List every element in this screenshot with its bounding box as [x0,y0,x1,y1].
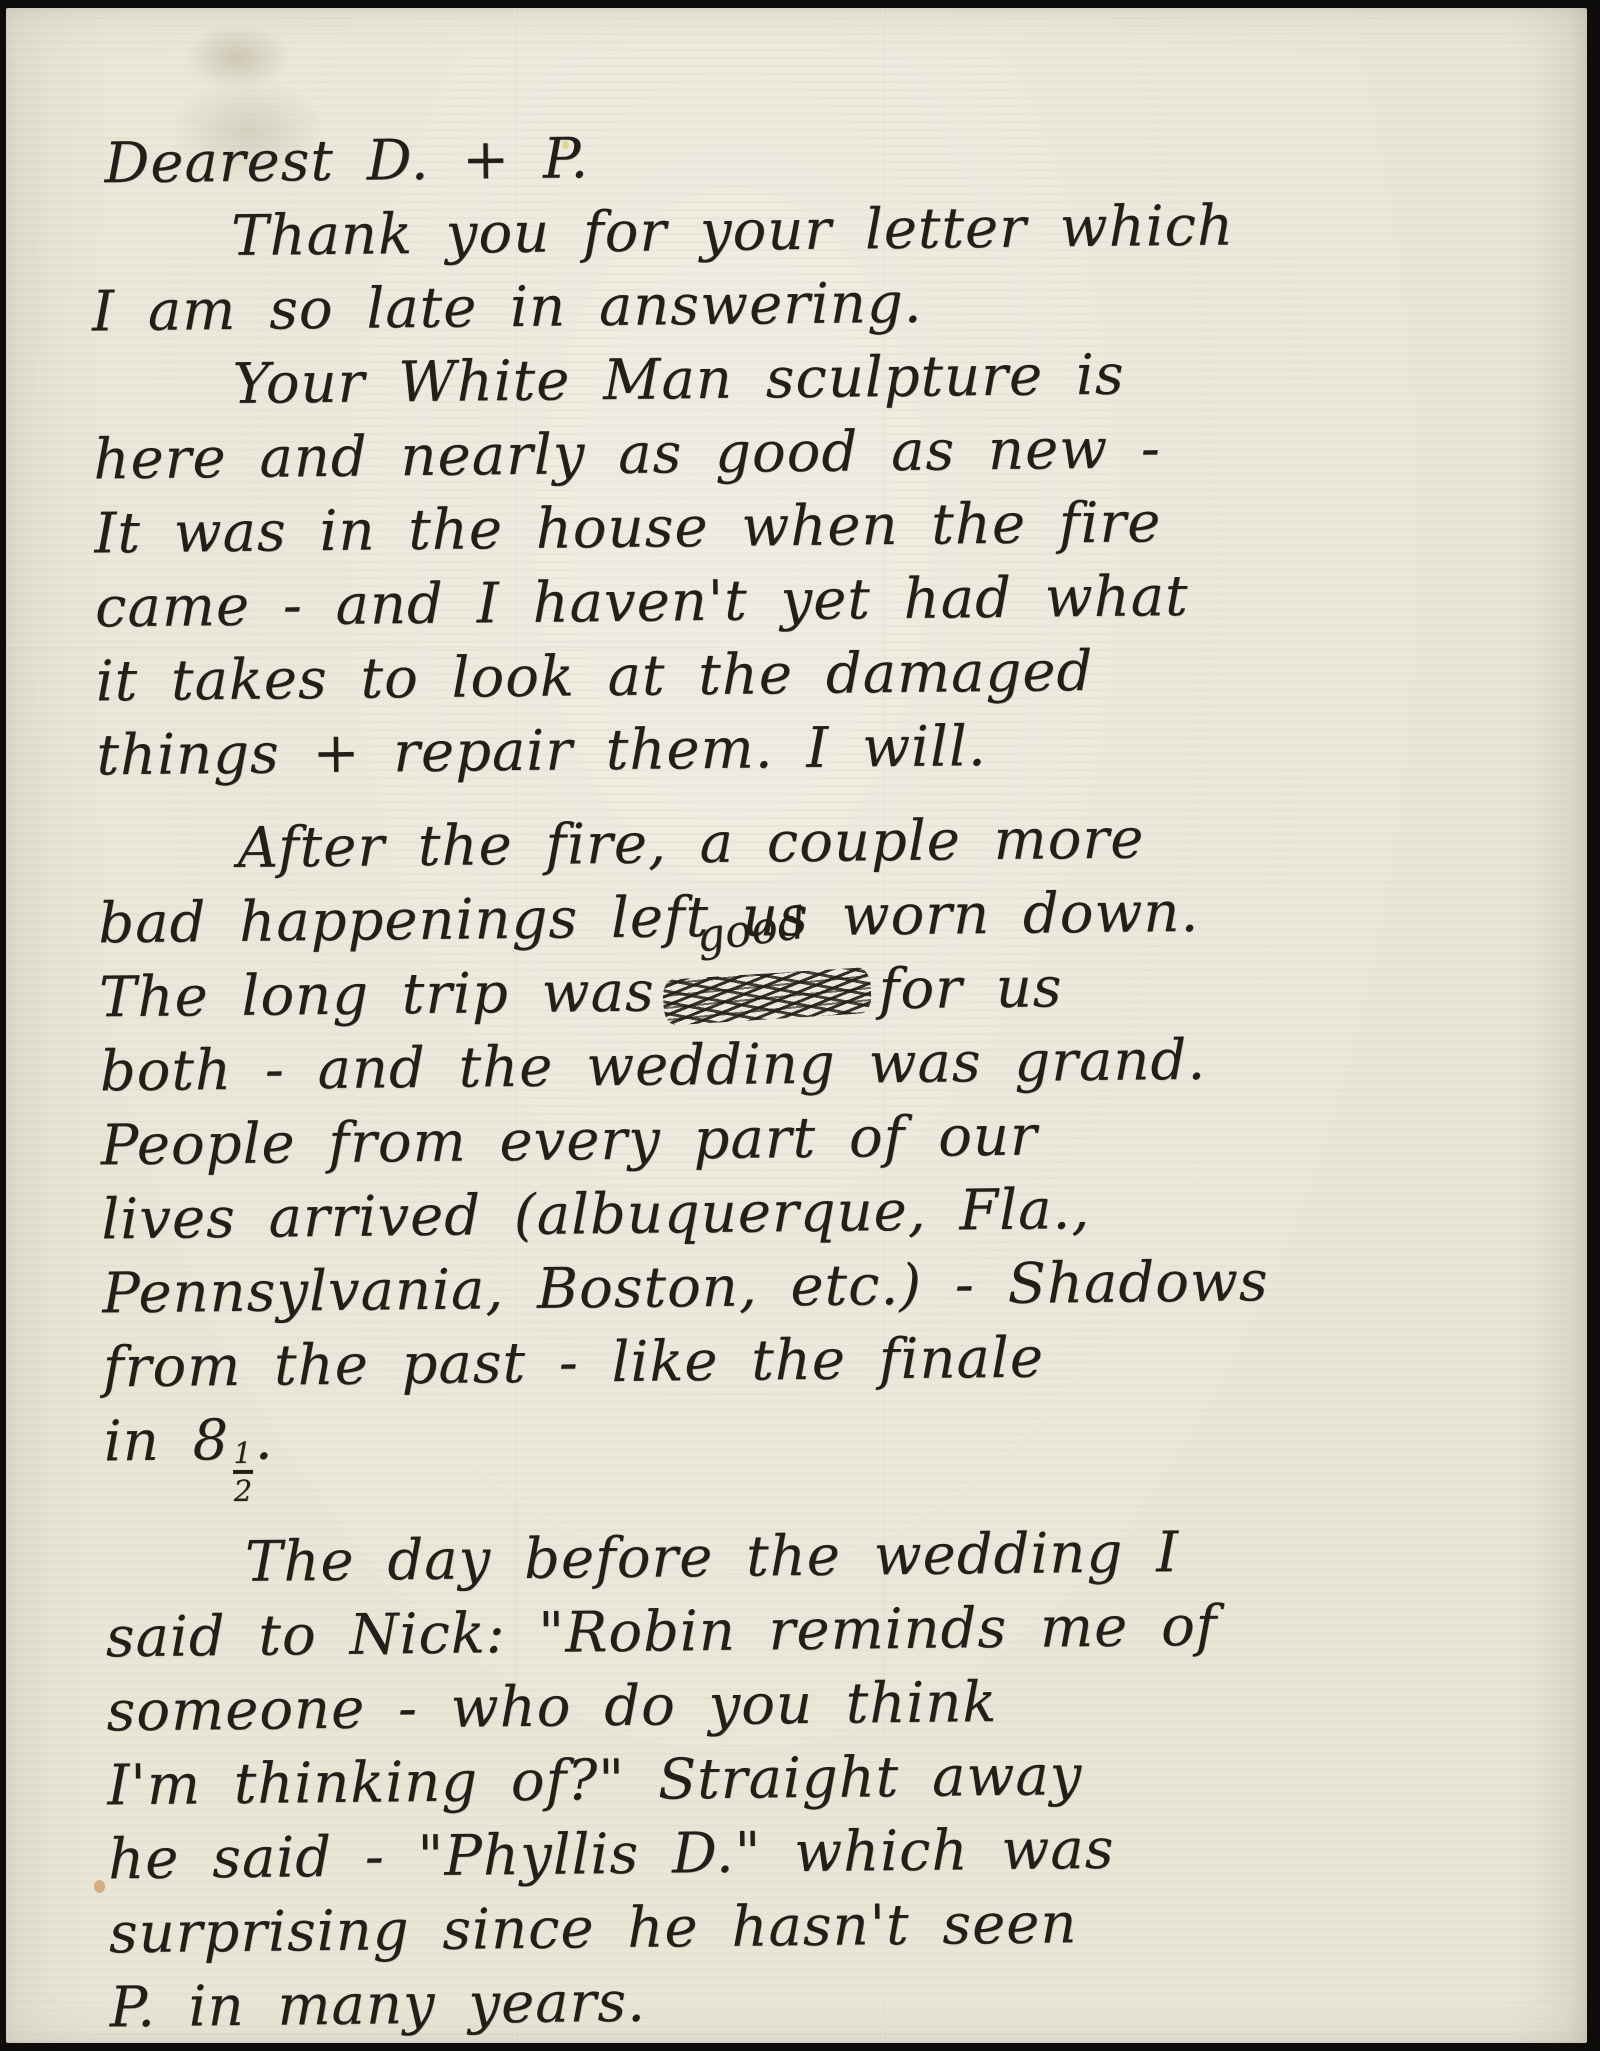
letter-line-text: I am so late in answering. [92,271,923,345]
letter-line-text: Your White Man sculpture is [232,343,1125,417]
letter-line: P. in many years. [109,1957,1525,2046]
letter-line-text: things + repair them. I will. [96,714,987,788]
crossed-out-word: good [662,953,871,1029]
paper-stain [184,24,292,90]
letter-line-text: here and nearly as good as new - [93,416,1161,492]
letter-line-text: someone - who do you think [106,1670,997,1744]
letter-paper: Dearest D. + P. Thank you for your lette… [6,8,1587,2043]
letter-line-text: he said - "Phyllis D." which was [108,1817,1115,1893]
letter-line-text: in 8 [103,1408,229,1474]
letter-line-text: It was in the house when the fire [94,490,1162,566]
letter-line-with-fraction: in 812. [103,1391,1519,1508]
letter-line-text: for us [878,955,1062,1022]
letter-line-text: . [254,1408,273,1473]
paper-speck [94,1880,105,1893]
letter-line-text: both - and the wedding was grand. [100,1028,1207,1105]
fraction-numerator: 1 [233,1439,253,1468]
letter-line-text: After the fire, a couple more [237,806,1144,880]
letter-line-text: People from every part of our [100,1104,1038,1179]
salutation-text: Dearest D. + P. [104,126,589,196]
fraction-one-half: 12 [233,1439,253,1506]
letter-line-text: from the past - like the finale [103,1326,1045,1401]
letter-line: things + repair them. I will. [96,705,1512,794]
letter-line-text: came - and I haven't yet had what [95,564,1189,640]
letter-line-text: The long trip was [99,960,655,1031]
letter-line-text: lives arrived (albuquerque, Fla., [101,1177,1090,1252]
letter-line-text: said to Nick: "Robin reminds me of [105,1594,1217,1671]
photo-black-border: Dearest D. + P. Thank you for your lette… [0,0,1600,2051]
letter-line-text: it takes to look at the damaged [95,639,1093,714]
letter-line-text: Pennsylvania, Boston, etc.) - Shadows [102,1249,1269,1326]
letter-line-text: P. in many years. [109,1970,646,2041]
letter-line-text: surprising since he hasn't seen [109,1891,1078,1966]
scribble-strikethrough [661,967,871,1026]
letter-line-text: The day before the wedding I [245,1520,1180,1595]
letter-line-text: bad happenings left us worn down. [98,880,1200,957]
fraction-denominator: 2 [233,1470,253,1506]
letter-line-text: I'm thinking of?" Straight away [107,1743,1083,1818]
letter-body: Dearest D. + P. Thank you for your lette… [90,113,1525,2046]
letter-line-text: Thank you for your letter which [231,193,1235,268]
